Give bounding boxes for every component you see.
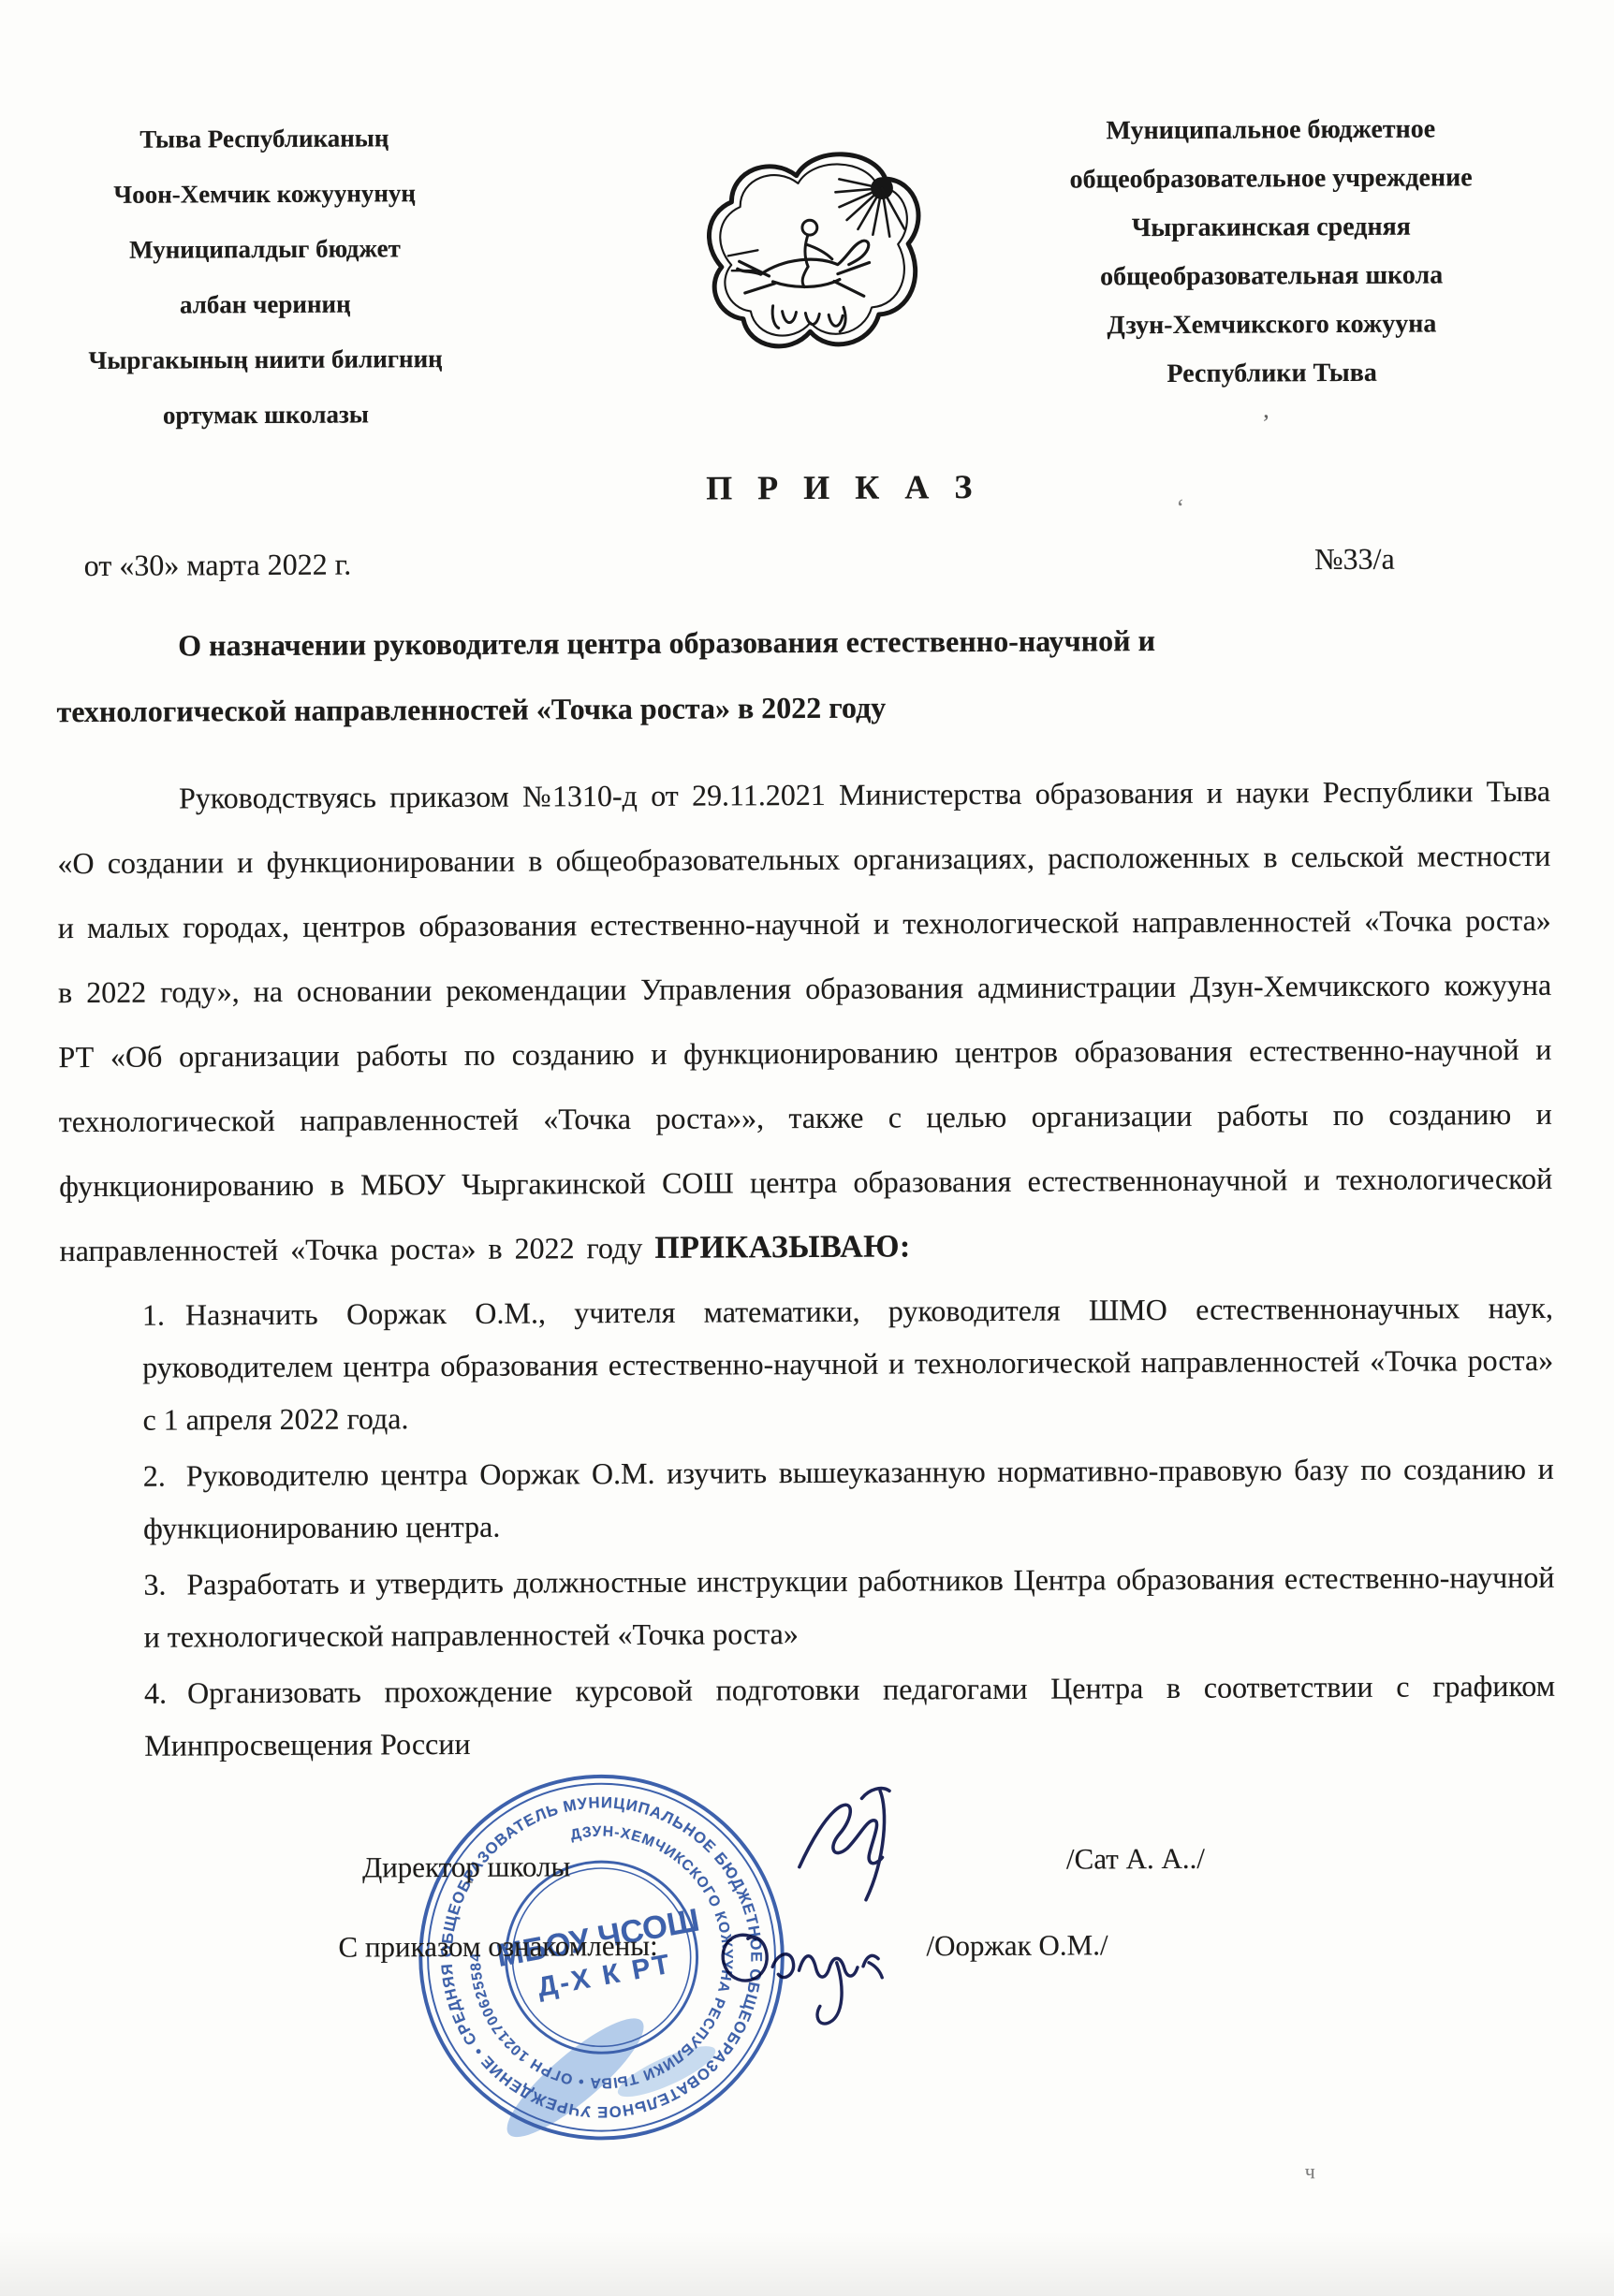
horseman-sun-emblem <box>690 134 932 367</box>
scan-artifact: ‘ <box>1176 494 1184 522</box>
letterhead: Тыва Республиканың Чоон-Хемчик кожуунуну… <box>53 105 1548 444</box>
org-line: ортумак школазы <box>55 387 477 444</box>
item-text: Разработать и утвердить должностные инст… <box>144 1560 1555 1654</box>
org-name-russian: Муниципальное бюджетное общеобразователь… <box>994 105 1548 400</box>
preamble-text: Руководствуясь приказом №1310-д от 29.11… <box>57 774 1552 1267</box>
order-subject: О назначении руководителя центра образов… <box>56 606 1550 744</box>
org-line: Тыва Республиканың <box>53 110 475 168</box>
org-line: общеобразовательная школа <box>995 251 1548 302</box>
order-meta-row: от «30» марта 2022 г. №33/а <box>56 541 1549 583</box>
subject-line: О назначении руководителя центра образов… <box>56 606 1549 679</box>
scanned-order-document: Тыва Республиканың Чоон-Хемчик кожуунуну… <box>0 0 1614 2296</box>
acknowledgement-label: С приказом ознакомлены: <box>338 1929 657 1965</box>
order-item: 2.Руководителю центра Ооржак О.М. изучит… <box>143 1442 1555 1555</box>
org-line: Чоон-Хемчик кожуунунуң <box>54 166 476 223</box>
subject-line: технологической направленностей «Точка р… <box>56 671 1549 744</box>
acknowledged-by-name: /Ооржак О.М./ <box>926 1928 1108 1963</box>
acknowledger-signature-ink <box>695 1882 932 2025</box>
order-number: №33/а <box>1314 542 1395 577</box>
order-items: 1.Назначить Ооржак О.М., учителя математ… <box>60 1281 1556 1772</box>
org-line: Муниципалдыг бюджет <box>54 221 476 278</box>
scan-artifact: ’ <box>1216 987 1224 1012</box>
org-line: Дзун-Хемчикского кожууна <box>995 300 1548 351</box>
org-line: общеобразовательное учреждение <box>994 154 1547 205</box>
item-text: Руководителю центра Ооржак О.М. изучить … <box>143 1452 1554 1545</box>
item-text: Организовать прохождение курсовой подгот… <box>144 1669 1555 1762</box>
org-line: Муниципальное бюджетное <box>994 105 1547 156</box>
scan-artifact: ’ <box>1262 409 1270 437</box>
org-line: Республики Тыва <box>996 348 1548 400</box>
item-number: 3. <box>143 1568 166 1601</box>
item-number: 2. <box>143 1459 166 1493</box>
item-text: Назначить Ооржак О.М., учителя математик… <box>142 1291 1553 1437</box>
order-item: 1.Назначить Ооржак О.М., учителя математ… <box>142 1281 1554 1446</box>
order-title: П Р И К А З <box>55 464 1548 511</box>
decree-word: ПРИКАЗЫВАЮ: <box>654 1229 911 1265</box>
org-name-tuvan: Тыва Республиканың Чоон-Хемчик кожуунуну… <box>53 110 477 444</box>
school-emblem-icon <box>690 134 932 372</box>
org-line: Чыргакинская средняя <box>995 202 1548 254</box>
order-preamble: Руководствуясь приказом №1310-д от 29.11… <box>57 759 1553 1283</box>
director-label: Директор школы <box>362 1850 570 1884</box>
org-line: Чыргакының ниити билигниң <box>54 331 476 388</box>
order-date: от «30» марта 2022 г. <box>84 548 352 583</box>
org-line: албан чериниң <box>54 276 476 333</box>
item-number: 4. <box>144 1676 167 1710</box>
document-sheet: Тыва Республиканың Чоон-Хемчик кожуунуну… <box>0 0 1614 2296</box>
director-name: /Сат А. А../ <box>1066 1842 1205 1877</box>
order-item: 3.Разработать и утвердить должностные ин… <box>143 1551 1555 1663</box>
signature-block: МУНИЦИПАЛЬНОЕ БЮДЖЕТНОЕ ОБЩЕОБРАЗОВАТЕЛЬ… <box>3 1748 1614 2294</box>
item-number: 1. <box>142 1298 165 1332</box>
scan-artifact: ч <box>1305 2159 1315 2184</box>
